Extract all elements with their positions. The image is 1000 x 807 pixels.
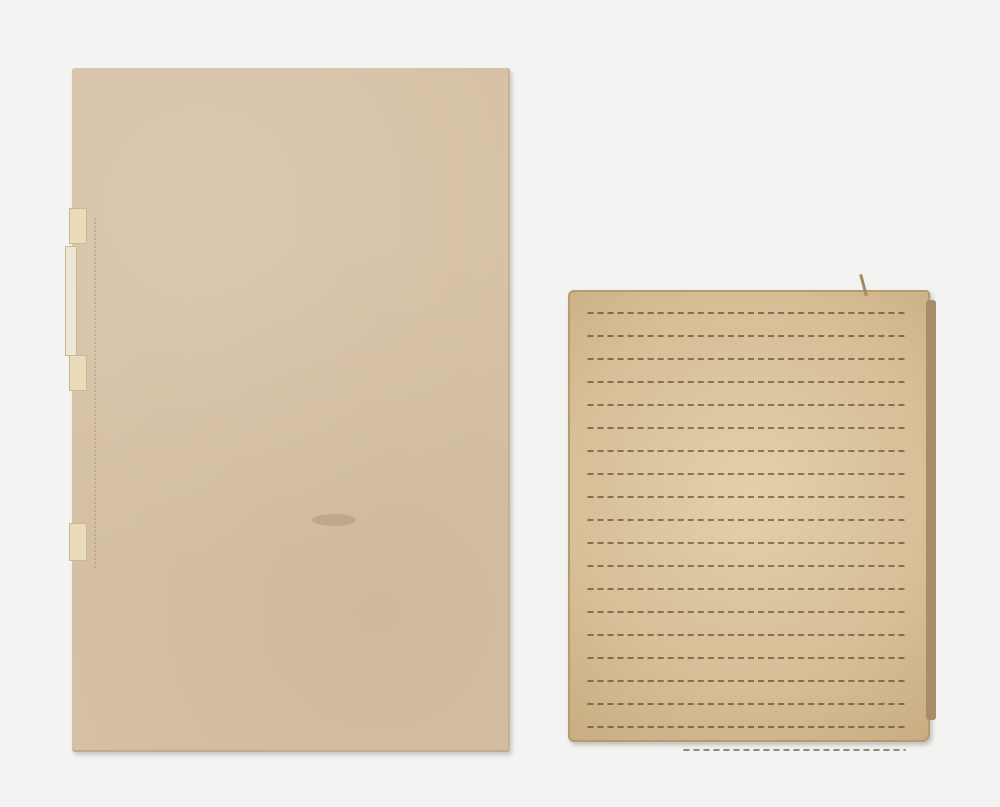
- binding-tab: [69, 523, 87, 561]
- stain-mark: [312, 514, 356, 526]
- binding-tab: [69, 355, 87, 391]
- binding-strip: [65, 246, 77, 356]
- right-manuscript: [568, 290, 930, 742]
- stitching: [94, 218, 98, 568]
- handwritten-text: [586, 310, 906, 770]
- binding-string: [859, 274, 868, 296]
- left-booklet: [72, 68, 510, 752]
- page-edges: [926, 300, 936, 720]
- binding-tab: [69, 208, 87, 244]
